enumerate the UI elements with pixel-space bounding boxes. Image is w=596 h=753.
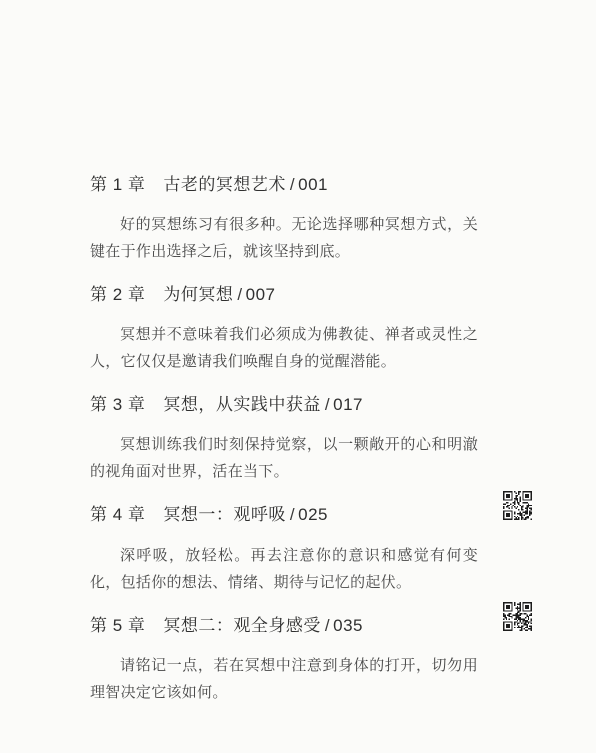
chapter-page-separator: / bbox=[290, 505, 295, 524]
chapter-page-number: 025 bbox=[298, 505, 328, 524]
toc-chapter-4: 第 4 章冥想一：观呼吸/025 深呼吸，放轻松。再去注意你的意识和感觉有何变化… bbox=[90, 503, 532, 595]
toc-chapter-3: 第 3 章冥想，从实践中获益/017 冥想训练我们时刻保持觉察，以一颗敞开的心和… bbox=[90, 393, 532, 485]
chapter-page-number: 001 bbox=[298, 175, 328, 194]
qr-code-icon bbox=[503, 602, 532, 631]
chapter-number: 第 1 章 bbox=[90, 175, 145, 194]
chapter-summary: 冥想并不意味着我们必须成为佛教徒、禅者或灵性之人，它仅仅是邀请我们唤醒自身的觉醒… bbox=[90, 321, 478, 375]
chapter-page-separator: / bbox=[290, 175, 295, 194]
chapter-title: 冥想，从实践中获益 bbox=[163, 395, 321, 414]
chapter-heading: 第 3 章冥想，从实践中获益/017 bbox=[90, 393, 532, 417]
chapter-page-separator: / bbox=[237, 285, 242, 304]
chapter-number: 第 3 章 bbox=[90, 395, 145, 414]
chapter-page-separator: / bbox=[325, 395, 330, 414]
chapter-title: 为何冥想 bbox=[163, 285, 233, 304]
chapter-page-separator: / bbox=[325, 616, 330, 635]
chapter-heading: 第 2 章为何冥想/007 bbox=[90, 283, 532, 307]
toc-page: 第 1 章古老的冥想艺术/001 好的冥想练习有很多种。无论选择哪种冥想方式，关… bbox=[0, 0, 596, 753]
chapter-heading: 第 5 章冥想二：观全身感受/035 bbox=[90, 614, 532, 638]
toc-chapter-1: 第 1 章古老的冥想艺术/001 好的冥想练习有很多种。无论选择哪种冥想方式，关… bbox=[90, 173, 532, 265]
chapter-summary: 深呼吸，放轻松。再去注意你的意识和感觉有何变化，包括你的想法、情绪、期待与记忆的… bbox=[90, 542, 478, 596]
toc-chapter-5: 第 5 章冥想二：观全身感受/035 请铭记一点，若在冥想中注意到身体的打开，切… bbox=[90, 614, 532, 706]
chapter-heading: 第 4 章冥想一：观呼吸/025 bbox=[90, 503, 532, 527]
chapter-summary: 请铭记一点，若在冥想中注意到身体的打开，切勿用理智决定它该如何。 bbox=[90, 652, 478, 706]
toc-chapter-2: 第 2 章为何冥想/007 冥想并不意味着我们必须成为佛教徒、禅者或灵性之人，它… bbox=[90, 283, 532, 375]
qr-code-icon bbox=[503, 491, 532, 520]
chapter-title: 冥想一：观呼吸 bbox=[163, 505, 286, 524]
chapter-number: 第 4 章 bbox=[90, 505, 145, 524]
chapter-summary: 好的冥想练习有很多种。无论选择哪种冥想方式，关键在于作出选择之后，就该坚持到底。 bbox=[90, 211, 478, 265]
chapter-page-number: 035 bbox=[333, 616, 363, 635]
chapter-number: 第 2 章 bbox=[90, 285, 145, 304]
chapter-page-number: 007 bbox=[246, 285, 276, 304]
chapter-title: 古老的冥想艺术 bbox=[163, 175, 286, 194]
chapter-heading: 第 1 章古老的冥想艺术/001 bbox=[90, 173, 532, 197]
chapter-number: 第 5 章 bbox=[90, 616, 145, 635]
chapter-title: 冥想二：观全身感受 bbox=[163, 616, 321, 635]
chapter-summary: 冥想训练我们时刻保持觉察，以一颗敞开的心和明澈的视角面对世界，活在当下。 bbox=[90, 431, 478, 485]
chapter-page-number: 017 bbox=[333, 395, 363, 414]
